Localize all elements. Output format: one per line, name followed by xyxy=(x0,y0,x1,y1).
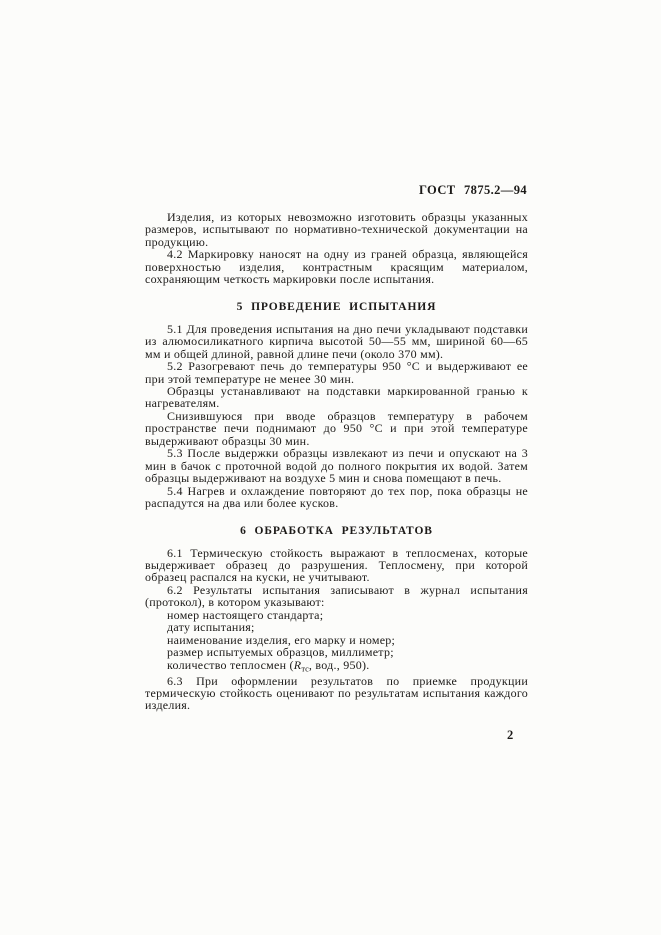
paragraph-5-4: 5.4 Нагрев и охлаждение повторяют до тех… xyxy=(145,485,528,510)
paragraph-6-3: 6.3 При оформлении результатов по приемк… xyxy=(145,675,528,712)
page-number: 2 xyxy=(507,728,513,743)
r-symbol-subscript: тс xyxy=(301,663,309,673)
heat-cycles-text-pre: количество теплосмен ( xyxy=(167,658,294,672)
paragraph-6-2: 6.2 Результаты испытания записывают в жу… xyxy=(145,584,528,609)
paragraph-4-2: 4.2 Маркировку наносят на одну из граней… xyxy=(145,248,528,285)
paragraph-5-1: 5.1 Для проведения испытания на дно печи… xyxy=(145,323,528,360)
protocol-list-item-test-date: дату испытания; xyxy=(145,621,528,633)
paragraph-6-1: 6.1 Термическую стойкость выражают в теп… xyxy=(145,547,528,584)
protocol-list-item-heat-cycles: количество теплосмен (Rтс, вод., 950). xyxy=(145,659,528,675)
heat-cycles-text-post: , вод., 950). xyxy=(309,658,370,672)
document-header-gost-number: ГОСТ 7875.2—94 xyxy=(145,184,527,197)
paragraph-5-2-note-1: Образцы устанавливают на подставки марки… xyxy=(145,385,528,410)
paragraph-5-2: 5.2 Разогревают печь до температуры 950 … xyxy=(145,360,528,385)
paragraph-5-2-note-2: Снизившуюся при вводе образцов температу… xyxy=(145,410,528,447)
paragraph-4-intro: Изделия, из которых невозможно изготовит… xyxy=(145,211,528,248)
section-heading-6: 6 ОБРАБОТКА РЕЗУЛЬТАТОВ xyxy=(145,525,528,537)
text-block: ГОСТ 7875.2—94 Изделия, из которых невоз… xyxy=(145,184,528,712)
paragraph-5-3: 5.3 После выдержки образцы извлекают из … xyxy=(145,447,528,484)
document-page: ГОСТ 7875.2—94 Изделия, из которых невоз… xyxy=(0,0,661,935)
section-heading-5: 5 ПРОВЕДЕНИЕ ИСПЫТАНИЯ xyxy=(145,301,528,313)
